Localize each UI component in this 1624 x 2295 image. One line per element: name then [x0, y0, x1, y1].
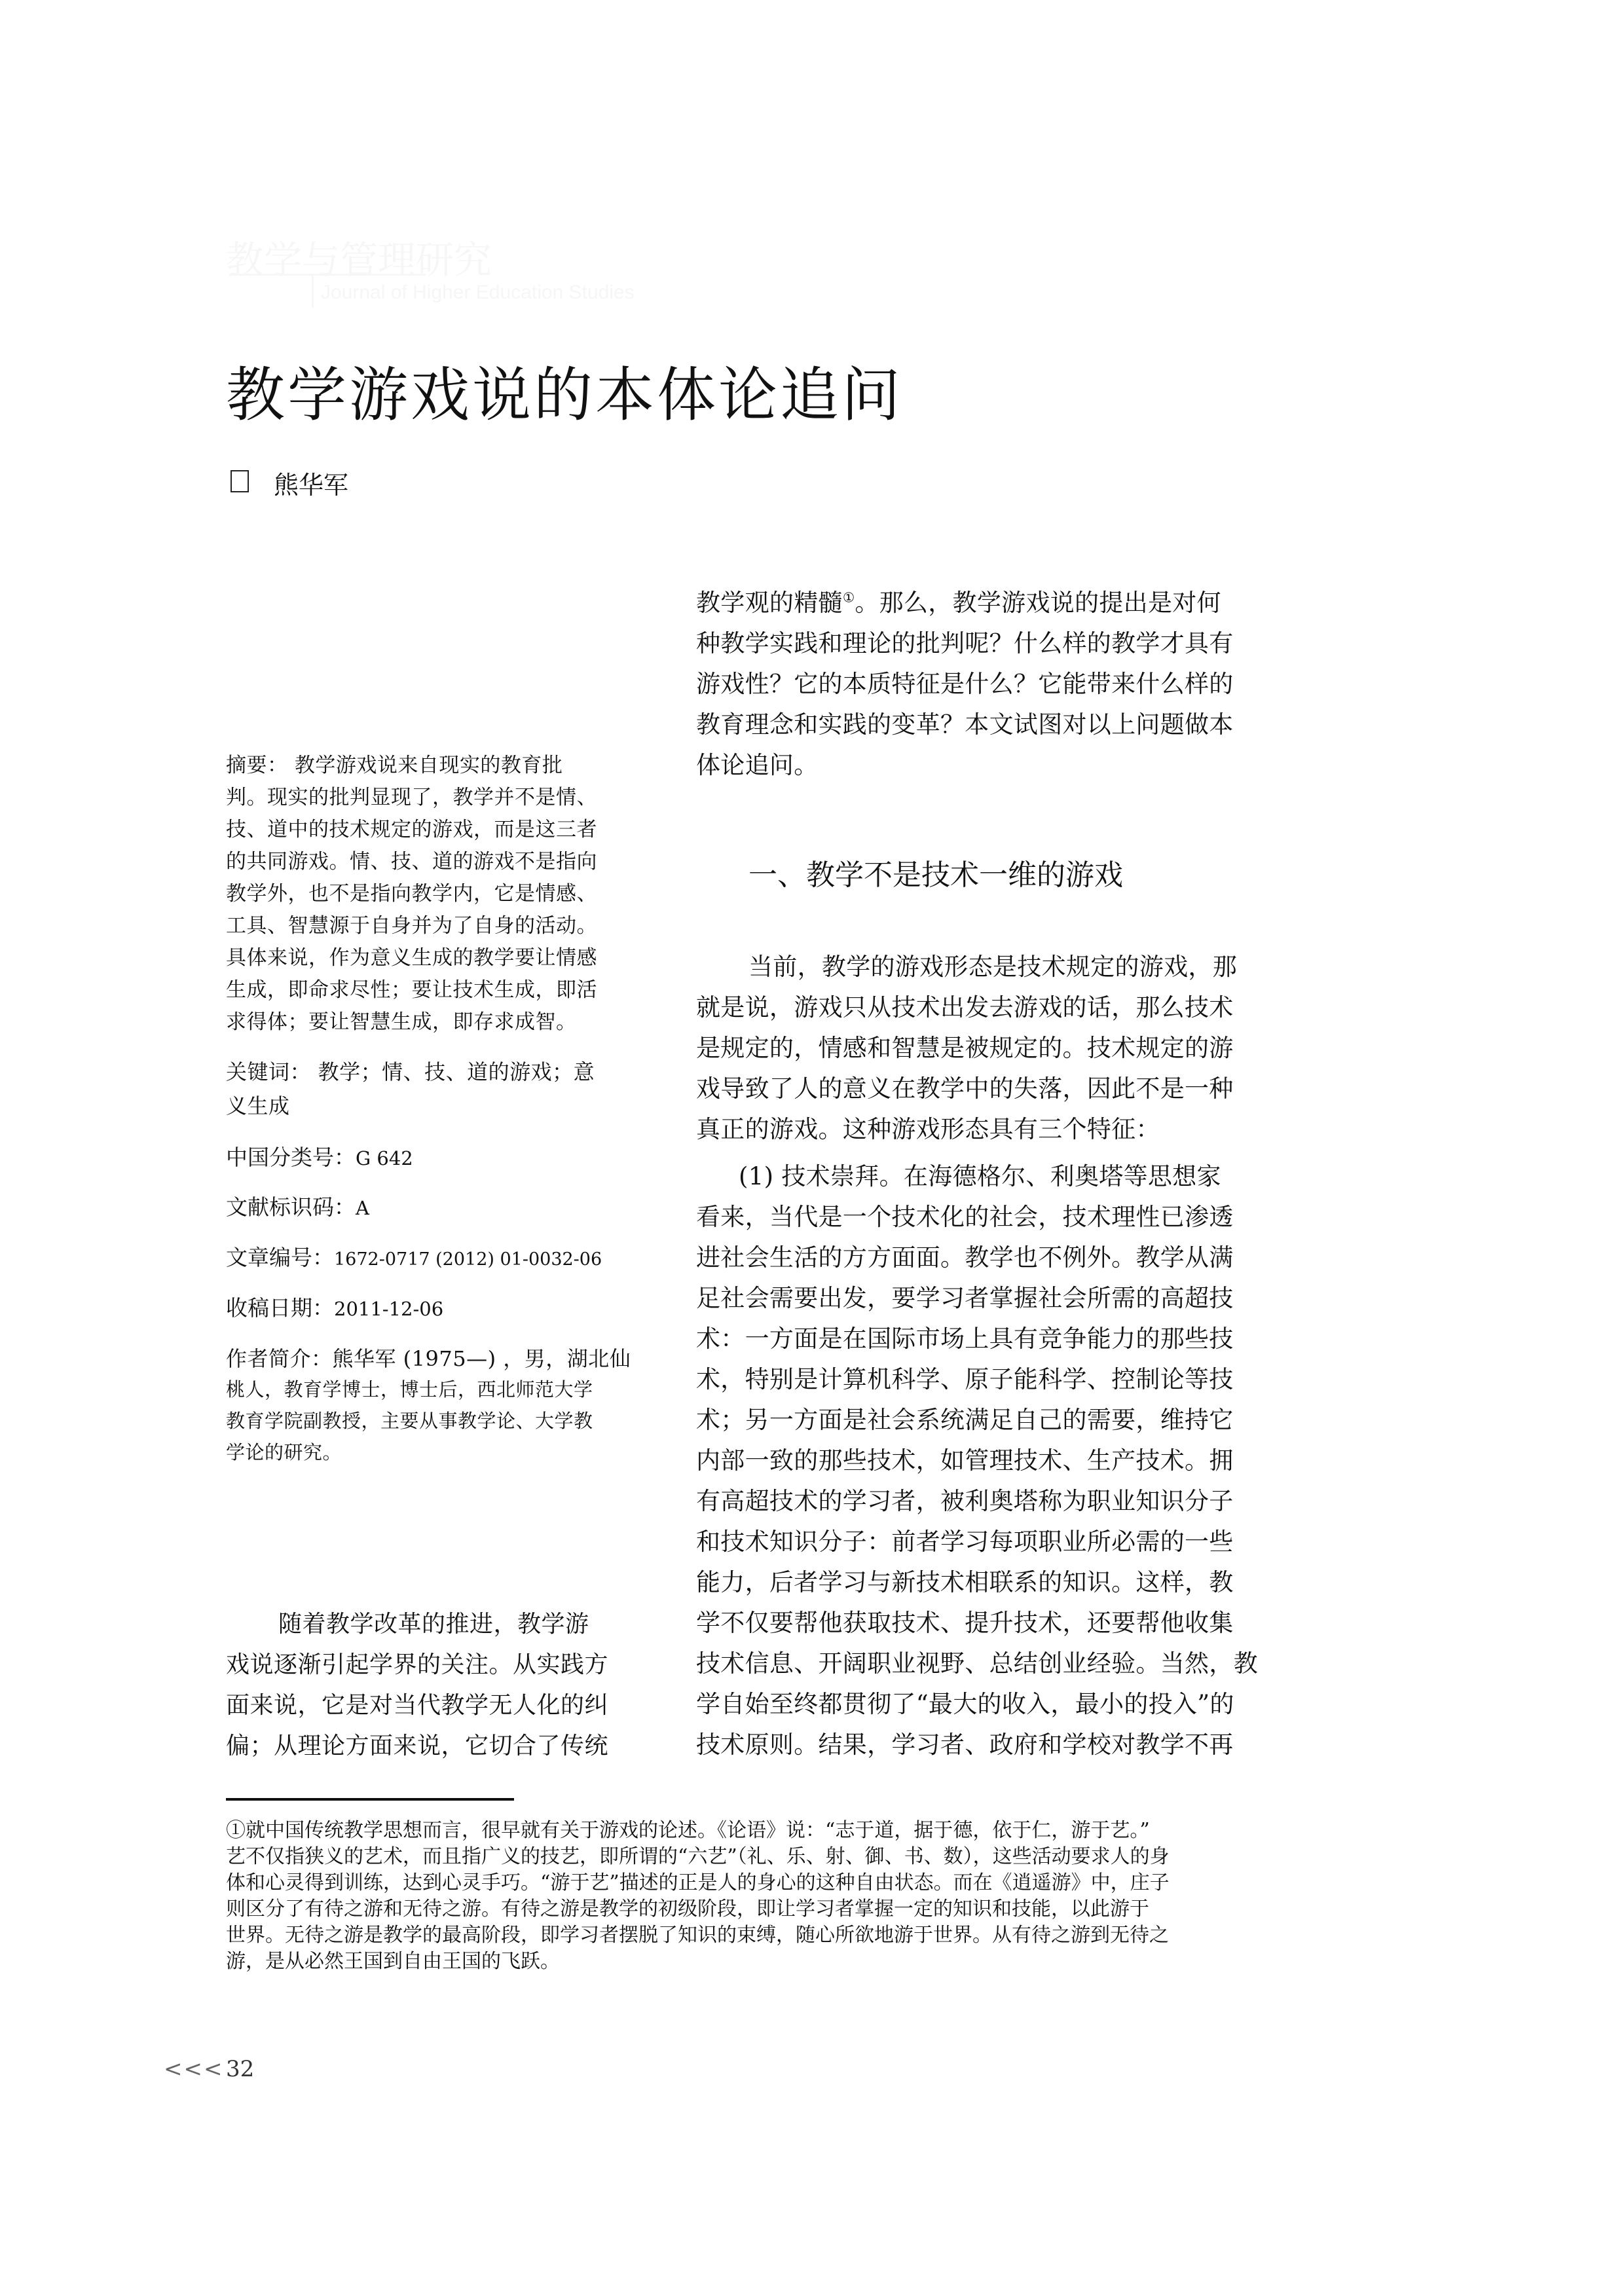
- body-line: 技术原则。结果，学习者、政府和学校对教学不再: [696, 1725, 1234, 1760]
- body-line: 种教学实践和理论的批判呢？什么样的教学才具有: [696, 623, 1234, 659]
- body-line: 真正的游戏。这种游戏形态具有三个特征：: [696, 1109, 1160, 1145]
- received-date-value: 2011-12-06: [334, 1298, 443, 1320]
- classification-value: G 642: [356, 1147, 413, 1169]
- received-date: 收稿日期：2011-12-06: [226, 1291, 443, 1322]
- document-code: 文献标识码：A: [226, 1190, 369, 1221]
- body-text: 。那么，教学游戏说的提出是对何: [855, 589, 1221, 617]
- article-number: 文章编号：1672-0717 (2012) 01-0032-06: [226, 1241, 602, 1272]
- body-line: 当前，教学的游戏形态是技术规定的游戏，那: [748, 947, 1237, 982]
- body-line: (1) 技术崇拜。在海德格尔、利奥塔等思想家: [739, 1156, 1221, 1192]
- body-line: 有高超技术的学习者，被利奥塔称为职业知识分子: [696, 1481, 1234, 1516]
- footnote-line: ①就中国传统教学思想而言，很早就有关于游戏的论述。《论语》说：“志于道，据于德，…: [226, 1814, 1150, 1843]
- article-title: 教学游戏说的本体论追问: [226, 347, 903, 432]
- body-line: 术；另一方面是社会系统满足自己的需要，维持它: [696, 1400, 1234, 1435]
- keywords-line: 关键词： 教学；情、技、道的游戏；意: [226, 1056, 595, 1086]
- author-bio-line: 学论的研究。: [226, 1438, 342, 1465]
- watermark-rule: [229, 274, 426, 276]
- classification-label: 中国分类号：: [226, 1145, 356, 1170]
- author-bio-line: 教育学院副教授，主要从事教学论、大学教: [226, 1406, 593, 1433]
- footnote-line: 游，是从必然王国到自由王国的飞跃。: [226, 1945, 560, 1974]
- section-heading: 一、教学不是技术一维的游戏: [748, 851, 1123, 893]
- abstract-line: 教学外，也不是指向教学内，它是情感、: [226, 877, 597, 906]
- body-line: 就是说，游戏只从技术出发去游戏的话，那么技术: [696, 987, 1234, 1023]
- footnote-separator: [226, 1798, 514, 1801]
- body-line: 学自始至终都贯彻了“最大的收入，最小的投入”的: [696, 1684, 1234, 1719]
- author-name: 熊华军: [274, 465, 348, 501]
- body-text: 教学观的精髓: [696, 589, 843, 617]
- body-line: 看来，当代是一个技术化的社会，技术理性已渗透: [696, 1197, 1234, 1232]
- body-line: 是规定的，情感和智慧是被规定的。技术规定的游: [696, 1028, 1234, 1063]
- body-line: 面来说，它是对当代教学无人化的纠: [226, 1687, 608, 1720]
- abstract-line: 判。现实的批判显现了，教学并不是情、: [226, 780, 597, 810]
- body-line: 术：一方面是在国际市场上具有竞争能力的那些技: [696, 1319, 1234, 1354]
- body-line: 足社会需要出发，要学习者掌握社会所需的高超技: [696, 1278, 1234, 1313]
- body-line: 内部一致的那些技术，如管理技术、生产技术。拥: [696, 1441, 1234, 1476]
- body-line: 教育理念和实践的变革？本文试图对以上问题做本: [696, 705, 1234, 740]
- body-line: 戏说逐渐引起学界的关注。从实践方: [226, 1646, 608, 1680]
- footnote-ref[interactable]: ①: [843, 590, 855, 606]
- body-line: 随着教学改革的推进，教学游: [278, 1606, 589, 1639]
- body-line: 教学观的精髓①。那么，教学游戏说的提出是对何: [696, 583, 1221, 618]
- abstract-line: 生成，即命求尽性；要让技术生成，即活: [226, 973, 597, 1002]
- journal-watermark-subtitle: Journal of Higher Education Studies: [321, 282, 635, 304]
- document-code-value: A: [356, 1197, 369, 1219]
- author-bio-line: 作者简介：熊华军 (1975—) ，男，湖北仙: [226, 1342, 631, 1372]
- body-line: 技术信息、开阔职业视野、总结创业经验。当然，教: [696, 1643, 1258, 1679]
- footnote-line: 体和心灵得到训练，达到心灵手巧。“游于艺”描述的正是人的身心的这种自由状态。而在…: [226, 1866, 1170, 1895]
- abstract-line: 摘要： 教学游戏说来自现实的教育批: [226, 748, 563, 778]
- abstract-line: 具体来说，作为意义生成的教学要让情感: [226, 941, 597, 970]
- body-line: 和技术知识分子：前者学习每项职业所必需的一些: [696, 1522, 1234, 1557]
- body-line: 学不仅要帮他获取技术、提升技术，还要帮他收集: [696, 1603, 1234, 1638]
- classification-number: 中国分类号：G 642: [226, 1141, 413, 1171]
- body-line: 体论追问。: [696, 745, 819, 780]
- footnote-line: 世界。无待之游是教学的最高阶段，即学习者摆脱了知识的束缚，随心所欲地游于世界。从…: [226, 1919, 1169, 1947]
- body-line: 戏导致了人的意义在教学中的失落，因此不是一种: [696, 1069, 1234, 1104]
- author-bio-line: 桃人，教育学博士，博士后，西北师范大学: [226, 1375, 593, 1402]
- body-line: 进社会生活的方方面面。教学也不例外。教学从满: [696, 1238, 1234, 1273]
- abstract-line: 技、道中的技术规定的游戏，而是这三者: [226, 813, 597, 842]
- abstract-line: 求得体；要让智慧生成，即存求成智。: [226, 1005, 577, 1035]
- footnote-line: 则区分了有待之游和无待之游。有待之游是教学的初级阶段，即让学习者掌握一定的知识和…: [226, 1892, 1149, 1921]
- page-arrows-icon: <<<: [164, 2056, 223, 2082]
- article-number-label: 文章编号：: [226, 1245, 334, 1270]
- article-number-value: 1672-0717 (2012) 01-0032-06: [334, 1249, 602, 1270]
- document-code-label: 文献标识码：: [226, 1194, 356, 1220]
- author-marker-box: [231, 470, 249, 492]
- footnote-line: 艺不仅指狭义的艺术，而且指广义的技艺，即所谓的“六艺”（礼、乐、射、御、书、数）…: [226, 1840, 1170, 1869]
- keywords-line: 义生成: [226, 1090, 290, 1120]
- journal-watermark-title: 教学与管理研究: [226, 229, 492, 284]
- abstract-line: 工具、智慧源于自身并为了自身的活动。: [226, 909, 597, 938]
- body-line: 术，特别是计算机科学、原子能科学、控制论等技: [696, 1359, 1234, 1395]
- watermark-vertical-rule: [312, 275, 314, 308]
- body-line: 能力，后者学习与新技术相联系的知识。这样，教: [696, 1562, 1234, 1598]
- page-number: 32: [226, 2056, 254, 2082]
- body-line: 游戏性？它的本质特征是什么？它能带来什么样的: [696, 664, 1234, 699]
- abstract-line: 的共同游戏。情、技、道的游戏不是指向: [226, 845, 597, 874]
- body-line: 偏；从理论方面来说，它切合了传统: [226, 1727, 608, 1761]
- received-date-label: 收稿日期：: [226, 1295, 334, 1321]
